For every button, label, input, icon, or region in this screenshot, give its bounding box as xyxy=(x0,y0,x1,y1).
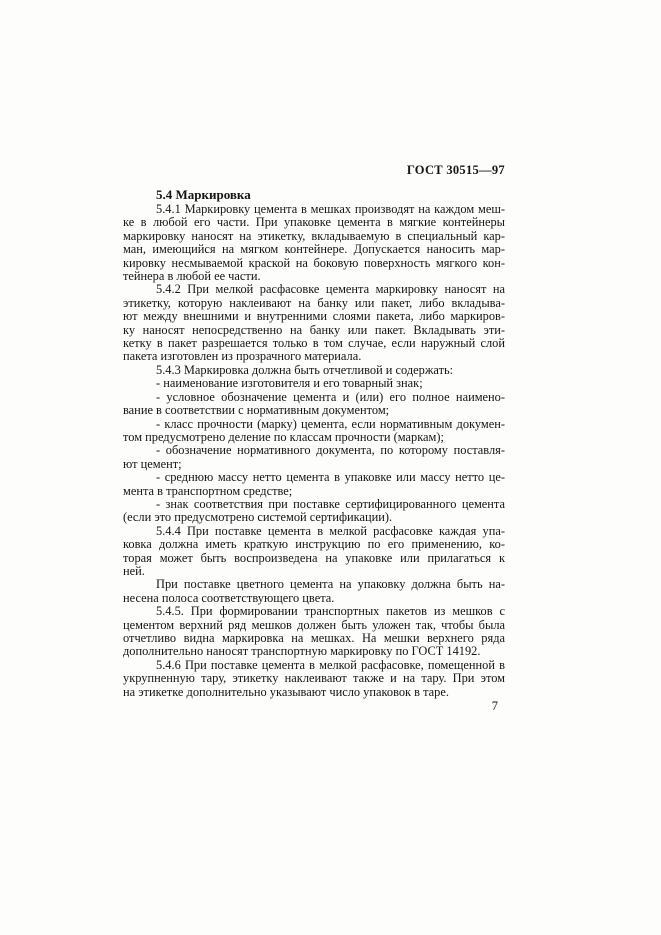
text-line: 5.4.5. При формировании транспортных пак… xyxy=(123,605,505,618)
paragraph: 5.4.6 При поставке цемента в мелкой расф… xyxy=(123,659,505,699)
text-line: 5.4.3 Маркировка должна быть отчетливой … xyxy=(123,364,505,377)
paragraph: 5.4.1 Маркировку цемента в мешках произв… xyxy=(123,203,505,283)
paragraph: 5.4.5. При формировании транспортных пак… xyxy=(123,605,505,659)
text-line: ют цемент; xyxy=(123,458,505,471)
text-line: ку наносят непосредственно на банку или … xyxy=(123,324,505,337)
text-line: - обозначение нормативного документа, по… xyxy=(123,444,505,457)
paragraph: - среднюю массу нетто цемента в упаковке… xyxy=(123,471,505,498)
text-line: 5.4.2 При мелкой расфасовке цемента марк… xyxy=(123,283,505,296)
section-heading: 5.4 Маркировка xyxy=(123,188,505,202)
paragraph: - условное обозначение цемента и (или) е… xyxy=(123,391,505,418)
text-line: При поставке цветного цемента на упаковк… xyxy=(123,578,505,591)
text-line: - условное обозначение цемента и (или) е… xyxy=(123,391,505,404)
paragraph: - обозначение нормативного документа, по… xyxy=(123,444,505,471)
paragraph: - класс прочности (марку) цемента, если … xyxy=(123,418,505,445)
paragraph: - наименование изготовителя и его товарн… xyxy=(123,377,505,390)
paragraph: При поставке цветного цемента на упаковк… xyxy=(123,578,505,605)
text-line: том предусмотрено деление по классам про… xyxy=(123,431,505,444)
text-line: 5.4.4 При поставке цемента в мелкой расф… xyxy=(123,525,505,538)
text-line: ковка должна иметь краткую инструкцию по… xyxy=(123,538,505,551)
document-body: 5.4.1 Маркировку цемента в мешках произв… xyxy=(123,203,505,699)
text-line: укрупненную тару, этикетку наклеивают та… xyxy=(123,672,505,685)
text-line: торая может быть воспроизведена на упако… xyxy=(123,552,505,565)
paragraph: 5.4.4 При поставке цемента в мелкой расф… xyxy=(123,525,505,579)
text-line: ней. xyxy=(123,565,505,578)
text-line: - класс прочности (марку) цемента, если … xyxy=(123,418,505,431)
text-line: дополнительно наносят транспортную марки… xyxy=(123,645,505,658)
text-line: этикетку, которую наклеивают на банку ил… xyxy=(123,297,505,310)
text-line: (если это предусмотрено системой сертифи… xyxy=(123,511,505,524)
paragraph: 5.4.3 Маркировка должна быть отчетливой … xyxy=(123,364,505,377)
paragraph: - знак соответствия при поставке сертифи… xyxy=(123,498,505,525)
text-line: тейнера в любой ее части. xyxy=(123,270,505,283)
text-line: ман, имеющийся на мягком контейнере. Доп… xyxy=(123,243,505,256)
text-line: - наименование изготовителя и его товарн… xyxy=(123,377,505,390)
text-line: несена полоса соответствующего цвета. xyxy=(123,592,505,605)
paragraph: 5.4.2 При мелкой расфасовке цемента марк… xyxy=(123,283,505,363)
text-line: пакета изготовлен из прозрачного материа… xyxy=(123,350,505,363)
text-line: 5.4.1 Маркировку цемента в мешках произв… xyxy=(123,203,505,216)
page-number: 7 xyxy=(492,699,498,713)
text-line: ке в любой его части. При упаковке цемен… xyxy=(123,216,505,229)
text-line: цементом верхний ряд мешков должен быть … xyxy=(123,619,505,632)
standard-number: ГОСТ 30515—97 xyxy=(407,163,505,177)
text-line: - среднюю массу нетто цемента в упаковке… xyxy=(123,471,505,484)
text-line: ют между внешними и внутренними слоями п… xyxy=(123,310,505,323)
page-footer: 7 xyxy=(123,699,505,714)
text-line: маркировку наносят на этикетку, вкладыва… xyxy=(123,230,505,243)
text-line: вание в соответствии с нормативным докум… xyxy=(123,404,505,417)
text-line: мента в транспортном средстве; xyxy=(123,485,505,498)
text-line: кетку в пакет разрешается только в том с… xyxy=(123,337,505,350)
text-line: отчетливо видна маркировка на мешках. На… xyxy=(123,632,505,645)
text-line: - знак соответствия при поставке сертифи… xyxy=(123,498,505,511)
text-line: 5.4.6 При поставке цемента в мелкой расф… xyxy=(123,659,505,672)
running-header: ГОСТ 30515—97 xyxy=(123,163,505,178)
text-line: кировку несмываемой краской на боковую п… xyxy=(123,257,505,270)
document-page: ГОСТ 30515—97 5.4 Маркировка 5.4.1 Марки… xyxy=(0,0,661,935)
text-line: на этикетке дополнительно указывают числ… xyxy=(123,686,505,699)
